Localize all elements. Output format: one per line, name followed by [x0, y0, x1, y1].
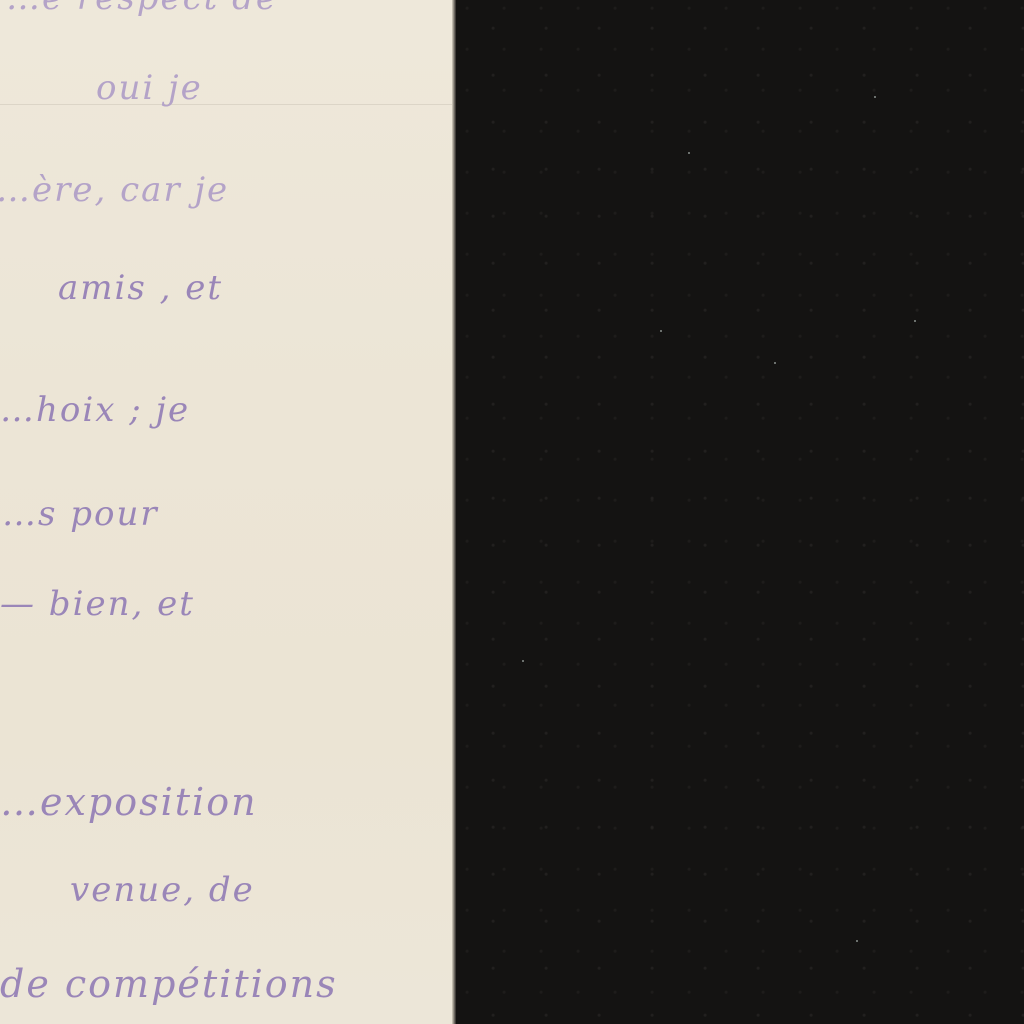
- dust-speck: [660, 330, 662, 332]
- dust-speck: [914, 320, 916, 322]
- handwritten-line-2: oui je: [96, 68, 203, 108]
- handwritten-line-10: de compétitions: [0, 962, 338, 1006]
- paper-fold-line: [0, 104, 454, 105]
- dust-speck: [856, 940, 858, 942]
- handwritten-line-6: …s pour: [2, 494, 159, 534]
- handwritten-line-8: …exposition: [0, 780, 258, 824]
- handwritten-line-1: …e respect de: [6, 0, 278, 18]
- document-scan: …e respect de oui je …ère, car je amis ,…: [0, 0, 1024, 1024]
- letter-page: …e respect de oui je …ère, car je amis ,…: [0, 0, 454, 1024]
- dust-speck: [522, 660, 524, 662]
- handwritten-line-7: — bien, et: [0, 584, 195, 624]
- handwritten-line-4: amis , et: [58, 268, 223, 308]
- black-background: [456, 0, 1024, 1024]
- handwritten-line-5: …hoix ; je: [0, 390, 190, 430]
- dust-speck: [774, 362, 776, 364]
- dust-speck: [688, 152, 690, 154]
- handwritten-line-9: venue, de: [70, 870, 255, 910]
- dust-speck: [874, 96, 876, 98]
- handwritten-line-3: …ère, car je: [0, 170, 229, 210]
